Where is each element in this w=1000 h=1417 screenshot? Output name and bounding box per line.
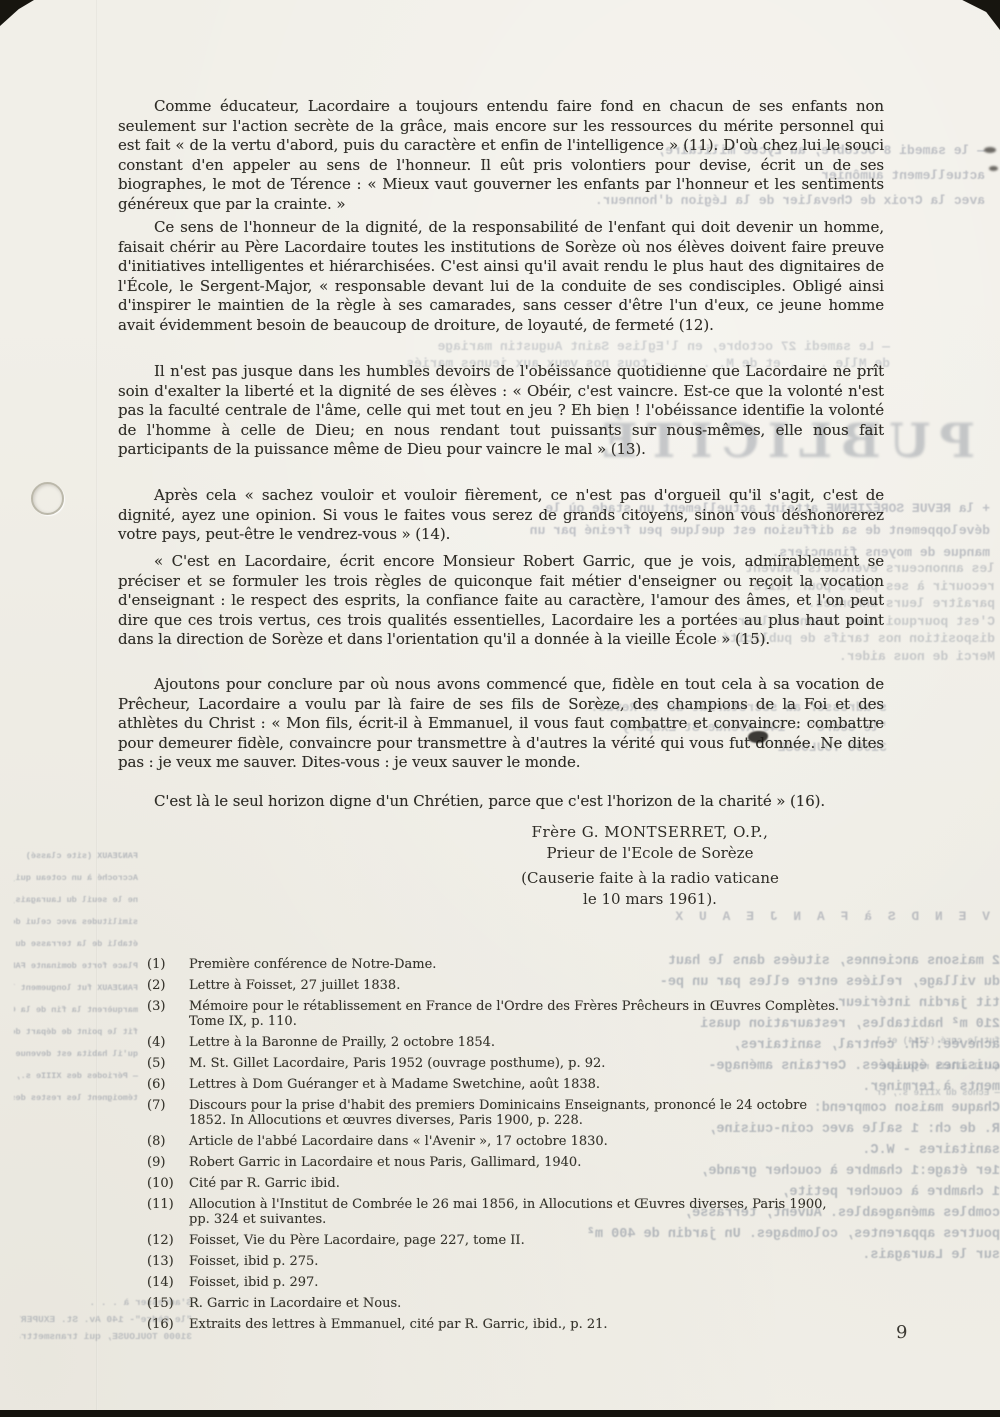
scan-corner-top-right [954,0,1000,30]
footnote-7: (7)Discours pour la prise d'habit des pr… [147,1098,847,1128]
bleedthrough-line: FANJEAUX fut longuement lié aux événemen… [14,977,138,999]
edge-smudge [984,147,996,153]
footnote-3: (3)Mémoire pour le rétablissement en Fra… [147,999,847,1029]
bleedthrough-vends-header: V E N D S à F A N J E A U X [590,908,990,926]
bleedthrough-line: ne le seuil du Lauragais, le site de FAN… [14,889,138,911]
paragraph-4: Après cela « sachez vouloir et vouloir f… [118,486,884,545]
footnote-9: (9)Robert Garric in Lacordaire et nous P… [147,1155,847,1170]
footnote-number: (13) [147,1254,174,1269]
footnote-12: (12)Foisset, Vie du Père Lacordaire, pag… [147,1233,847,1248]
footnote-number: (1) [147,957,165,972]
talk-note: (Causerie faite à la radio vaticane le 1… [430,868,870,910]
footnote-text: Extraits des lettres à Emmanuel, cité pa… [189,1317,608,1332]
bleedthrough-line: FANJEAUX (site classé) [14,845,138,867]
bleedthrough-line: qu'il habita est devenue un haut lieu (s… [14,1043,138,1065]
paragraph-5: « C'est en Lacordaire, écrit encore Mons… [118,552,884,650]
footnote-13: (13)Foisset, ibid p. 275. [147,1254,847,1269]
footnote-text: M. St. Gillet Lacordaire, Paris 1952 (ou… [189,1056,605,1071]
footnote-number: (14) [147,1275,174,1290]
footnote-2: (2)Lettre à Foisset, 27 juillet 1838. [147,978,847,993]
punch-hole [31,482,64,515]
paragraph-7: C'est là le seul horizon digne d'un Chré… [118,792,884,812]
bleedthrough-line: témoignent les restes des fortifications… [14,1087,138,1109]
footnote-number: (16) [147,1317,174,1332]
footnotes-section: (1)Première conférence de Notre-Dame. (2… [147,957,917,1338]
bleedthrough-line: établi de la terrasse du SEIGNADOU (360 … [14,933,138,955]
footnote-text: Foisset, ibid p. 275. [189,1254,318,1269]
bleedthrough-line: Merci de nous aider. [600,648,995,666]
footnote-number: (11) [147,1197,174,1212]
footnote-11: (11)Allocution à l'Institut de Combrée l… [147,1197,847,1227]
footnote-text: Lettre à Foisset, 27 juillet 1838. [189,978,400,993]
bleedthrough-line: V E N D S à F A N J E A U X [590,908,990,926]
footnote-text: Article de l'abbé Lacordaire dans « l'Av… [189,1134,608,1149]
talk-note-line: le 10 mars 1961). [430,889,870,910]
footnote-number: (12) [147,1233,174,1248]
footnote-14: (14)Foisset, ibid p. 297. [147,1275,847,1290]
footnote-text: Cité par R. Garric ibid. [189,1176,340,1191]
footnote-text: Allocution à l'Institut de Combrée le 26… [189,1197,827,1227]
footnote-number: (9) [147,1155,165,1170]
paragraph-6: Ajoutons pour conclure par où nous avons… [118,675,884,773]
footnote-number: (15) [147,1296,174,1311]
footnote-1: (1)Première conférence de Notre-Dame. [147,957,847,972]
bleedthrough-line: marquèrent la fin de la Croisade des Alb… [14,999,138,1021]
footnote-8: (8)Article de l'abbé Lacordaire dans « l… [147,1134,847,1149]
footnote-15: (15)R. Garric in Lacordaire et Nous. [147,1296,847,1311]
footnote-number: (7) [147,1098,165,1113]
footnote-text: Première conférence de Notre-Dame. [189,957,436,972]
footnote-text: Lettres à Dom Guéranger et à Madame Swet… [189,1077,600,1092]
footnote-10: (10)Cité par R. Garric ibid. [147,1176,847,1191]
author-title: Prieur de l'Ecole de Sorèze [430,843,870,864]
bleedthrough-block-left-margin: FANJEAUX (site classé) Accroché à un cot… [14,845,138,1109]
footnote-number: (4) [147,1035,165,1050]
fold-line [96,0,98,1417]
bleedthrough-line: Accroché à un coteau qui, de 360 mètres,… [14,867,138,889]
scanned-page: — le samedi 8 octobre, au Lycée militair… [0,0,1000,1417]
footnote-number: (5) [147,1056,165,1071]
paragraph-3: Il n'est pas jusque dans les humbles dev… [118,362,884,460]
footnote-number: (3) [147,999,165,1014]
footnote-text: R. Garric in Lacordaire et Nous. [189,1296,401,1311]
footnote-number: (8) [147,1134,165,1149]
footnote-4: (4)Lettre à la Baronne de Prailly, 2 oct… [147,1035,847,1050]
footnote-text: Mémoire pour le rétablissement en France… [189,999,839,1029]
footnote-text: Foisset, Vie du Père Lacordaire, page 22… [189,1233,525,1248]
footnote-text: Discours pour la prise d'habit des premi… [189,1098,807,1128]
bleedthrough-line: — Périodes des XIIIe s., très archaïque,… [14,1065,138,1087]
bleedthrough-line: similitudes avec celui de VÉZELAY ; poin… [14,911,138,933]
footnote-text: Robert Garric in Lacordaire et nous Pari… [189,1155,581,1170]
footnote-number: (6) [147,1077,165,1092]
footnote-5: (5)M. St. Gillet Lacordaire, Paris 1952 … [147,1056,847,1071]
scan-edge-bottom [0,1410,1000,1417]
paragraph-2: Ce sens de l'honneur de la dignité, de l… [118,218,884,336]
author-signature: Frère G. MONTSERRET, O.P., Prieur de l'E… [430,822,870,864]
footnote-number: (10) [147,1176,174,1191]
bleedthrough-line: — Le samedi 27 octobre, en l'Eglise Sain… [150,338,890,355]
page-number: 9 [896,1322,907,1343]
bleedthrough-line: fit le point de départ de sa prédication… [14,1021,138,1043]
footnote-16: (16)Extraits des lettres à Emmanuel, cit… [147,1317,847,1332]
edge-smudge [989,166,998,171]
scan-corner-top-left [0,0,34,26]
footnote-6: (6)Lettres à Dom Guéranger et à Madame S… [147,1077,847,1092]
footnote-text: Foisset, ibid p. 297. [189,1275,318,1290]
paragraph-1: Comme éducateur, Lacordaire a toujours e… [118,97,884,215]
footnote-number: (2) [147,978,165,993]
author-name: Frère G. MONTSERRET, O.P., [430,822,870,843]
talk-note-line: (Causerie faite à la radio vaticane [430,868,870,889]
bleedthrough-line: Place forte dominante FANJEAUX joua, dès… [14,955,138,977]
footnote-text: Lettre à la Baronne de Prailly, 2 octobr… [189,1035,495,1050]
